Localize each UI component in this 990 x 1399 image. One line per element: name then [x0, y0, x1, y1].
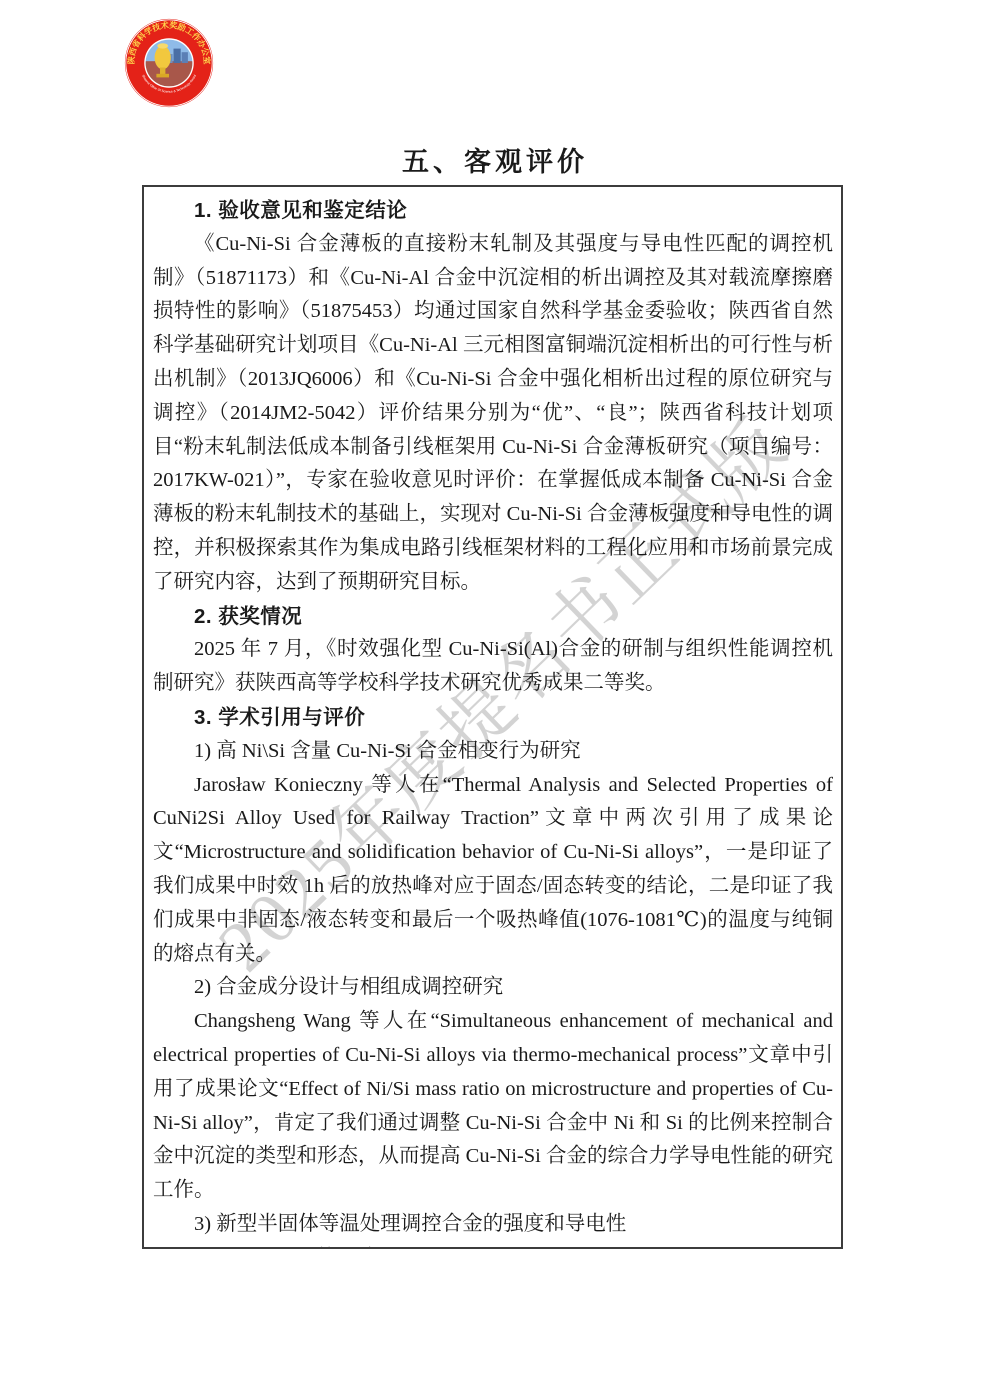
- seal-icon: 陕西省科学技术奖励工作办公室 Shaanxi Office Of Science…: [124, 18, 214, 108]
- section-3-item-2-subheading: 2) 合金成分设计与相组成调控研究: [153, 971, 833, 1005]
- section-3-item-2-paragraph: Changsheng Wang 等人在“Simultaneous enhance…: [153, 1005, 833, 1208]
- section-3-item-1-paragraph: Jarosław Konieczny 等人在“Thermal Analysis …: [153, 769, 833, 972]
- section-2-heading: 2. 获奖情况: [153, 600, 833, 634]
- org-seal-logo: 陕西省科学技术奖励工作办公室 Shaanxi Office Of Science…: [124, 18, 214, 108]
- section-1-heading: 1. 验收意见和鉴定结论: [153, 194, 833, 228]
- content-box: 1. 验收意见和鉴定结论 《Cu-Ni-Si 合金薄板的直接粉末轧制及其强度与导…: [142, 185, 843, 1249]
- section-3-heading: 3. 学术引用与评价: [153, 701, 833, 735]
- section-3-item-3-paragraph: Jiwang Zhang 等人在“Effect of micro-shot pe…: [153, 1242, 833, 1249]
- section-1-paragraph: 《Cu-Ni-Si 合金薄板的直接粉末轧制及其强度与导电性匹配的调控机制》（51…: [153, 228, 833, 600]
- page-title: 五、客观评价: [0, 140, 990, 179]
- section-3-item-1-subheading: 1) 高 Ni\Si 含量 Cu-Ni-Si 合金相变行为研究: [153, 735, 833, 769]
- section-2-paragraph: 2025 年 7 月，《时效强化型 Cu-Ni-Si(Al)合金的研制与组织性能…: [153, 633, 833, 701]
- section-3-item-3-subheading: 3) 新型半固体等温处理调控合金的强度和导电性: [153, 1208, 833, 1242]
